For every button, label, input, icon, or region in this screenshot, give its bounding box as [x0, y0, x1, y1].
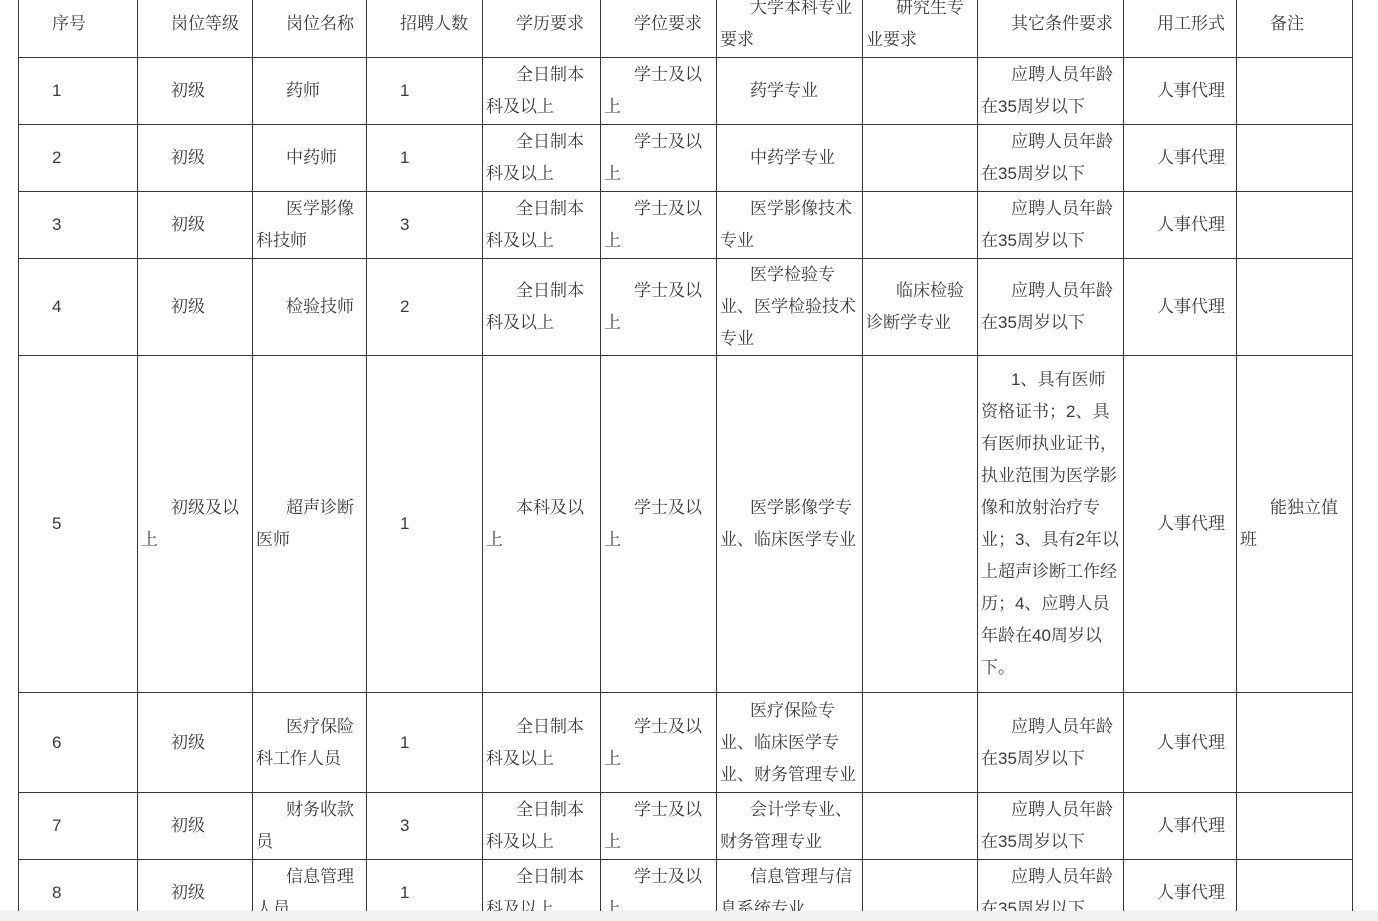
cell-text: 学士及以上 — [604, 711, 713, 775]
header-label: 岗位名称 — [256, 8, 363, 40]
table-cell — [863, 793, 978, 860]
cell-text: 全日制本科及以上 — [486, 59, 597, 123]
table-cell: 医疗保险专业、临床医学专业、财务管理专业 — [717, 693, 863, 793]
table-cell: 初级 — [138, 58, 253, 125]
cell-text: 3 — [370, 209, 479, 241]
cell-text: 应聘人员年龄在35周岁以下 — [981, 59, 1120, 123]
table-cell: 医学影像技术专业 — [717, 192, 863, 259]
cell-text: 学士及以上 — [604, 275, 713, 339]
table-cell — [863, 58, 978, 125]
table-cell: 7 — [19, 793, 138, 860]
cell-text: 能独立值班 — [1240, 492, 1349, 556]
cell-text: 人事代理 — [1127, 877, 1233, 909]
cell-text: 中药学专业 — [720, 142, 859, 174]
cell-text: 初级 — [141, 877, 249, 909]
cell-text: 1 — [370, 75, 479, 107]
header-label: 招聘人数 — [370, 8, 479, 40]
table-cell: 初级 — [138, 125, 253, 192]
cell-text: 临床检验诊断学专业 — [866, 275, 974, 339]
cell-text: 医学影像技术专业 — [720, 193, 859, 257]
cell-text: 人事代理 — [1127, 810, 1233, 842]
cell-text: 医学影像学专业、临床医学专业 — [720, 492, 859, 556]
table-cell — [863, 125, 978, 192]
cell-text: 应聘人员年龄在35周岁以下 — [981, 193, 1120, 257]
page-viewport: 序号岗位等级岗位名称招聘人数学历要求学位要求大学本科专业要求研究生专业要求其它条… — [0, 0, 1378, 921]
table-cell: 超声诊断医师 — [253, 356, 367, 693]
table-cell: 人事代理 — [1124, 192, 1237, 259]
cell-text: 检验技师 — [256, 291, 363, 323]
cell-text: 全日制本科及以上 — [486, 193, 597, 257]
table-cell: 人事代理 — [1124, 58, 1237, 125]
table-cell: 3 — [19, 192, 138, 259]
table-cell: 应聘人员年龄在35周岁以下 — [978, 58, 1124, 125]
table-row: 5初级及以上超声诊断医师1本科及以上学士及以上医学影像学专业、临床医学专业1、具… — [19, 356, 1353, 693]
table-cell: 全日制本科及以上 — [483, 259, 601, 356]
header-cell: 招聘人数 — [367, 0, 483, 58]
header-label: 用工形式 — [1127, 8, 1233, 40]
table-cell — [1237, 693, 1353, 793]
header-cell: 大学本科专业要求 — [717, 0, 863, 58]
header-label: 序号 — [22, 8, 134, 40]
cell-text: 应聘人员年龄在35周岁以下 — [981, 794, 1120, 858]
table-cell: 全日制本科及以上 — [483, 693, 601, 793]
cell-text: 1 — [370, 142, 479, 174]
table-cell: 学士及以上 — [601, 192, 717, 259]
table-cell: 5 — [19, 356, 138, 693]
cell-text: 人事代理 — [1127, 75, 1233, 107]
cell-text: 人事代理 — [1127, 291, 1233, 323]
table-cell: 人事代理 — [1124, 693, 1237, 793]
header-row: 序号岗位等级岗位名称招聘人数学历要求学位要求大学本科专业要求研究生专业要求其它条… — [19, 0, 1353, 58]
cell-text: 8 — [22, 877, 134, 909]
cell-text: 初级 — [141, 291, 249, 323]
table-cell: 6 — [19, 693, 138, 793]
table-cell: 应聘人员年龄在35周岁以下 — [978, 125, 1124, 192]
cell-text: 全日制本科及以上 — [486, 275, 597, 339]
page-bottom-strip — [0, 911, 1378, 921]
cell-text: 5 — [22, 508, 134, 540]
cell-text: 2 — [22, 142, 134, 174]
table-cell: 4 — [19, 259, 138, 356]
cell-text: 初级 — [141, 142, 249, 174]
cell-text: 1 — [370, 508, 479, 540]
table-cell: 全日制本科及以上 — [483, 58, 601, 125]
header-cell: 学位要求 — [601, 0, 717, 58]
table-cell: 人事代理 — [1124, 259, 1237, 356]
cell-text: 初级 — [141, 75, 249, 107]
table-cell: 应聘人员年龄在35周岁以下 — [978, 192, 1124, 259]
cell-text: 医学影像科技师 — [256, 193, 363, 257]
cell-text: 1 — [22, 75, 134, 107]
header-cell: 岗位等级 — [138, 0, 253, 58]
header-cell: 用工形式 — [1124, 0, 1237, 58]
cell-text: 医疗保险专业、临床医学专业、财务管理专业 — [720, 695, 859, 791]
cell-text: 学士及以上 — [604, 794, 713, 858]
table-cell: 3 — [367, 192, 483, 259]
cell-text: 医疗保险科工作人员 — [256, 711, 363, 775]
table-cell: 能独立值班 — [1237, 356, 1353, 693]
table-cell — [1237, 192, 1353, 259]
cell-text: 4 — [22, 291, 134, 323]
table-cell: 中药学专业 — [717, 125, 863, 192]
cell-text: 6 — [22, 727, 134, 759]
table-cell: 3 — [367, 793, 483, 860]
cell-text: 3 — [22, 209, 134, 241]
table-cell: 初级 — [138, 793, 253, 860]
cell-text: 学士及以上 — [604, 59, 713, 123]
cell-text: 初级 — [141, 209, 249, 241]
table-cell: 初级及以上 — [138, 356, 253, 693]
table-cell: 会计学专业、财务管理专业 — [717, 793, 863, 860]
cell-text: 会计学专业、财务管理专业 — [720, 794, 859, 858]
cell-text: 2 — [370, 291, 479, 323]
table-cell: 学士及以上 — [601, 356, 717, 693]
table-cell: 医学检验专业、医学检验技术专业 — [717, 259, 863, 356]
table-cell: 医学影像学专业、临床医学专业 — [717, 356, 863, 693]
table-cell: 学士及以上 — [601, 58, 717, 125]
table-row: 7初级财务收款员3全日制本科及以上学士及以上会计学专业、财务管理专业应聘人员年龄… — [19, 793, 1353, 860]
cell-text: 人事代理 — [1127, 508, 1233, 540]
cell-text: 本科及以上 — [486, 492, 597, 556]
table-cell: 药师 — [253, 58, 367, 125]
table-cell — [863, 356, 978, 693]
table-cell: 1 — [367, 125, 483, 192]
table-cell: 医疗保险科工作人员 — [253, 693, 367, 793]
cell-text: 应聘人员年龄在35周岁以下 — [981, 275, 1120, 339]
cell-text: 初级 — [141, 727, 249, 759]
table-cell: 应聘人员年龄在35周岁以下 — [978, 259, 1124, 356]
table-cell: 人事代理 — [1124, 356, 1237, 693]
cell-text: 7 — [22, 810, 134, 842]
table-cell: 初级 — [138, 192, 253, 259]
table-cell: 应聘人员年龄在35周岁以下 — [978, 793, 1124, 860]
cell-text: 1 — [370, 727, 479, 759]
table-cell: 学士及以上 — [601, 693, 717, 793]
table-cell: 学士及以上 — [601, 259, 717, 356]
cell-text: 应聘人员年龄在35周岁以下 — [981, 126, 1120, 190]
cell-text: 应聘人员年龄在35周岁以下 — [981, 711, 1120, 775]
table-cell: 2 — [19, 125, 138, 192]
header-label: 岗位等级 — [141, 8, 249, 40]
cell-text: 1、具有医师资格证书；2、具有医师执业证书，执业范围为医学影像和放射治疗专业；3… — [981, 364, 1120, 684]
table-cell: 全日制本科及以上 — [483, 192, 601, 259]
header-cell: 研究生专业要求 — [863, 0, 978, 58]
table-row: 1初级药师1全日制本科及以上学士及以上药学专业应聘人员年龄在35周岁以下人事代理 — [19, 58, 1353, 125]
cell-text: 人事代理 — [1127, 142, 1233, 174]
table-row: 2初级中药师1全日制本科及以上学士及以上中药学专业应聘人员年龄在35周岁以下人事… — [19, 125, 1353, 192]
table-cell: 人事代理 — [1124, 125, 1237, 192]
table-cell: 学士及以上 — [601, 125, 717, 192]
header-cell: 备注 — [1237, 0, 1353, 58]
table-cell — [863, 693, 978, 793]
table-row: 3初级医学影像科技师3全日制本科及以上学士及以上医学影像技术专业应聘人员年龄在3… — [19, 192, 1353, 259]
table-cell: 1、具有医师资格证书；2、具有医师执业证书，执业范围为医学影像和放射治疗专业；3… — [978, 356, 1124, 693]
table-cell — [863, 192, 978, 259]
cell-text: 学士及以上 — [604, 126, 713, 190]
table-cell: 初级 — [138, 693, 253, 793]
table-cell: 应聘人员年龄在35周岁以下 — [978, 693, 1124, 793]
cell-text: 3 — [370, 810, 479, 842]
header-label: 大学本科专业要求 — [720, 0, 859, 56]
table-row: 6初级医疗保险科工作人员1全日制本科及以上学士及以上医疗保险专业、临床医学专业、… — [19, 693, 1353, 793]
header-label: 学历要求 — [486, 8, 597, 40]
table-cell — [1237, 58, 1353, 125]
cell-text: 药师 — [256, 75, 363, 107]
cell-text: 初级及以上 — [141, 492, 249, 556]
cell-text: 学士及以上 — [604, 492, 713, 556]
table-cell: 财务收款员 — [253, 793, 367, 860]
table-row: 4初级检验技师2全日制本科及以上学士及以上医学检验专业、医学检验技术专业临床检验… — [19, 259, 1353, 356]
cell-text: 全日制本科及以上 — [486, 794, 597, 858]
table-cell — [1237, 125, 1353, 192]
table-cell: 临床检验诊断学专业 — [863, 259, 978, 356]
table-cell: 中药师 — [253, 125, 367, 192]
header-cell: 岗位名称 — [253, 0, 367, 58]
table-cell: 1 — [367, 356, 483, 693]
header-cell: 序号 — [19, 0, 138, 58]
table-cell: 药学专业 — [717, 58, 863, 125]
table-cell: 检验技师 — [253, 259, 367, 356]
table-cell: 1 — [367, 58, 483, 125]
cell-text: 学士及以上 — [604, 193, 713, 257]
cell-text: 初级 — [141, 810, 249, 842]
table-cell: 医学影像科技师 — [253, 192, 367, 259]
cell-text: 全日制本科及以上 — [486, 711, 597, 775]
cell-text: 超声诊断医师 — [256, 492, 363, 556]
table-cell: 1 — [367, 693, 483, 793]
table-cell: 人事代理 — [1124, 793, 1237, 860]
header-label: 备注 — [1240, 8, 1349, 40]
recruitment-table-wrap: 序号岗位等级岗位名称招聘人数学历要求学位要求大学本科专业要求研究生专业要求其它条… — [18, 0, 1353, 921]
header-cell: 学历要求 — [483, 0, 601, 58]
table-cell: 1 — [19, 58, 138, 125]
header-cell: 其它条件要求 — [978, 0, 1124, 58]
header-label: 其它条件要求 — [981, 8, 1120, 40]
table-cell: 全日制本科及以上 — [483, 793, 601, 860]
header-label: 学位要求 — [604, 8, 713, 40]
table-cell — [1237, 793, 1353, 860]
cell-text: 全日制本科及以上 — [486, 126, 597, 190]
cell-text: 药学专业 — [720, 75, 859, 107]
table-cell: 全日制本科及以上 — [483, 125, 601, 192]
cell-text: 人事代理 — [1127, 209, 1233, 241]
table-cell: 2 — [367, 259, 483, 356]
cell-text: 财务收款员 — [256, 794, 363, 858]
cell-text: 医学检验专业、医学检验技术专业 — [720, 259, 859, 355]
table-cell: 本科及以上 — [483, 356, 601, 693]
header-label: 研究生专业要求 — [866, 0, 974, 56]
recruitment-positions-table: 序号岗位等级岗位名称招聘人数学历要求学位要求大学本科专业要求研究生专业要求其它条… — [18, 0, 1353, 921]
table-cell — [1237, 259, 1353, 356]
cell-text: 人事代理 — [1127, 727, 1233, 759]
cell-text: 1 — [370, 877, 479, 909]
table-cell: 初级 — [138, 259, 253, 356]
cell-text: 中药师 — [256, 142, 363, 174]
table-cell: 学士及以上 — [601, 793, 717, 860]
